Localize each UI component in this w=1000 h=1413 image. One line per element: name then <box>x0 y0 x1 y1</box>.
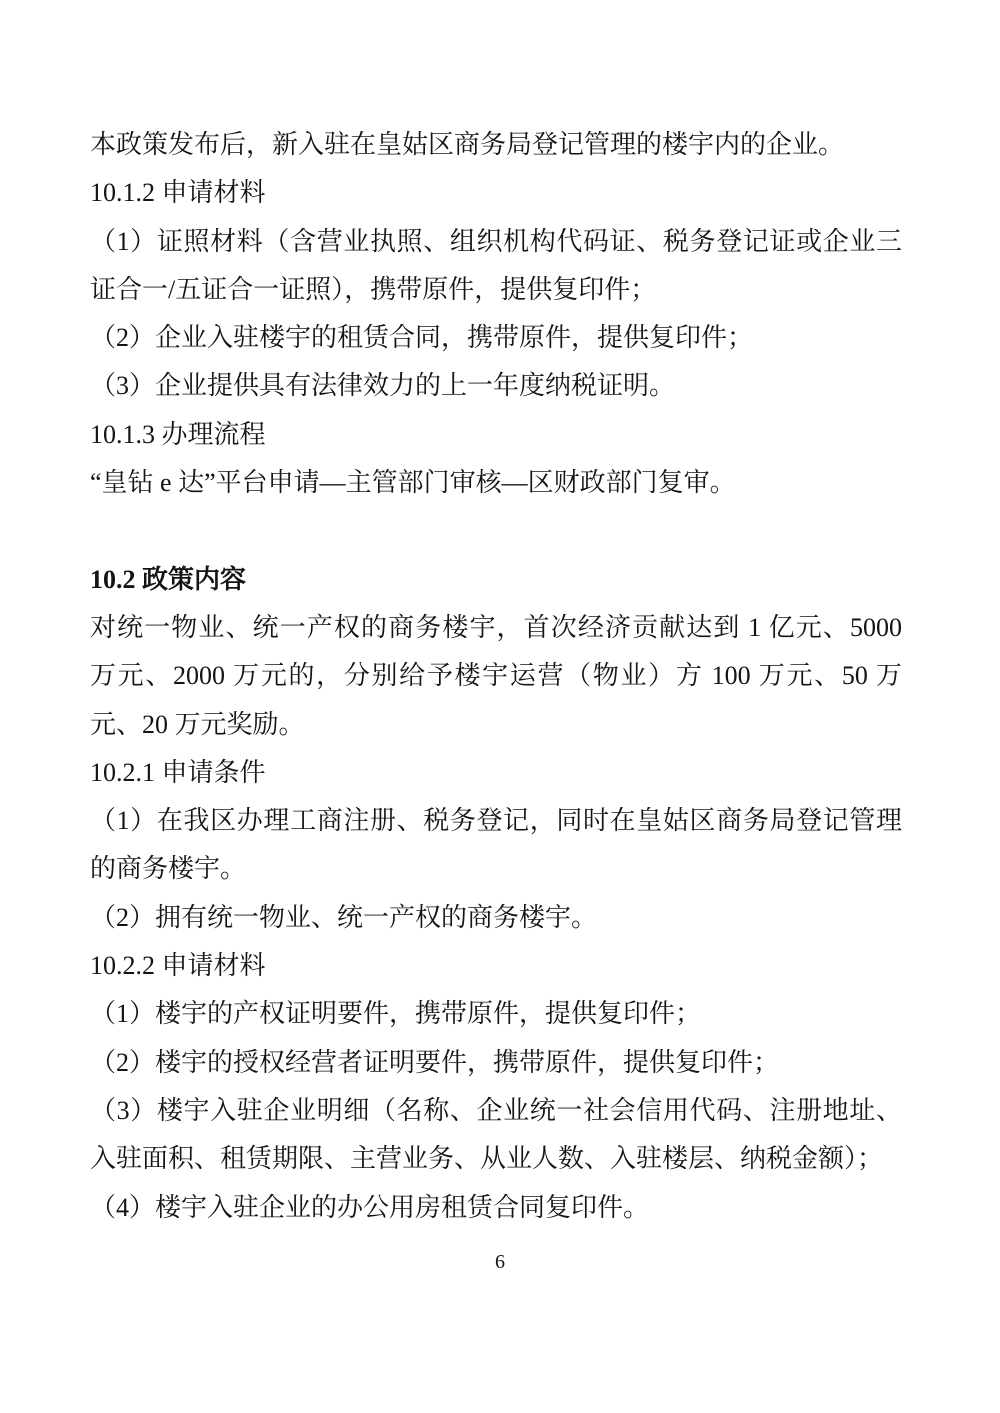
paragraph: （2）拥有统一物业、统一产权的商务楼宇。 <box>90 894 902 942</box>
paragraph: （2）楼宇的授权经营者证明要件，携带原件，提供复印件； <box>90 1039 902 1087</box>
document-page: 本政策发布后，新入驻在皇姑区商务局登记管理的楼宇内的企业。10.1.2 申请材料… <box>0 0 1000 1413</box>
paragraph: 10.1.2 申请材料 <box>90 169 902 217</box>
paragraph: 10.2.2 申请材料 <box>90 942 902 990</box>
paragraph: （4）楼宇入驻企业的办公用房租赁合同复印件。 <box>90 1184 902 1232</box>
paragraph: （3）企业提供具有法律效力的上一年度纳税证明。 <box>90 362 902 410</box>
paragraph: （1）证照材料（含营业执照、组织机构代码证、税务登记证或企业三证合一/五证合一证… <box>90 218 902 315</box>
paragraph: 10.2.1 申请条件 <box>90 749 902 797</box>
paragraph: 10.1.3 办理流程 <box>90 411 902 459</box>
paragraph: “皇钻 e 达”平台申请—主管部门审核—区财政部门复审。 <box>90 459 902 507</box>
paragraph: （1）楼宇的产权证明要件，携带原件，提供复印件； <box>90 990 902 1038</box>
paragraph: 对统一物业、统一产权的商务楼宇，首次经济贡献达到 1 亿元、5000 万元、20… <box>90 604 902 749</box>
paragraph: （1）在我区办理工商注册、税务登记，同时在皇姑区商务局登记管理的商务楼宇。 <box>90 797 902 894</box>
paragraph: 本政策发布后，新入驻在皇姑区商务局登记管理的楼宇内的企业。 <box>90 121 902 169</box>
section-heading: 10.2 政策内容 <box>90 556 902 604</box>
document-body: 本政策发布后，新入驻在皇姑区商务局登记管理的楼宇内的企业。10.1.2 申请材料… <box>90 121 902 1232</box>
paragraph: （2）企业入驻楼宇的租赁合同，携带原件，提供复印件； <box>90 314 902 362</box>
paragraph: （3）楼宇入驻企业明细（名称、企业统一社会信用代码、注册地址、入驻面积、租赁期限… <box>90 1087 902 1184</box>
page-number: 6 <box>0 1248 1000 1276</box>
